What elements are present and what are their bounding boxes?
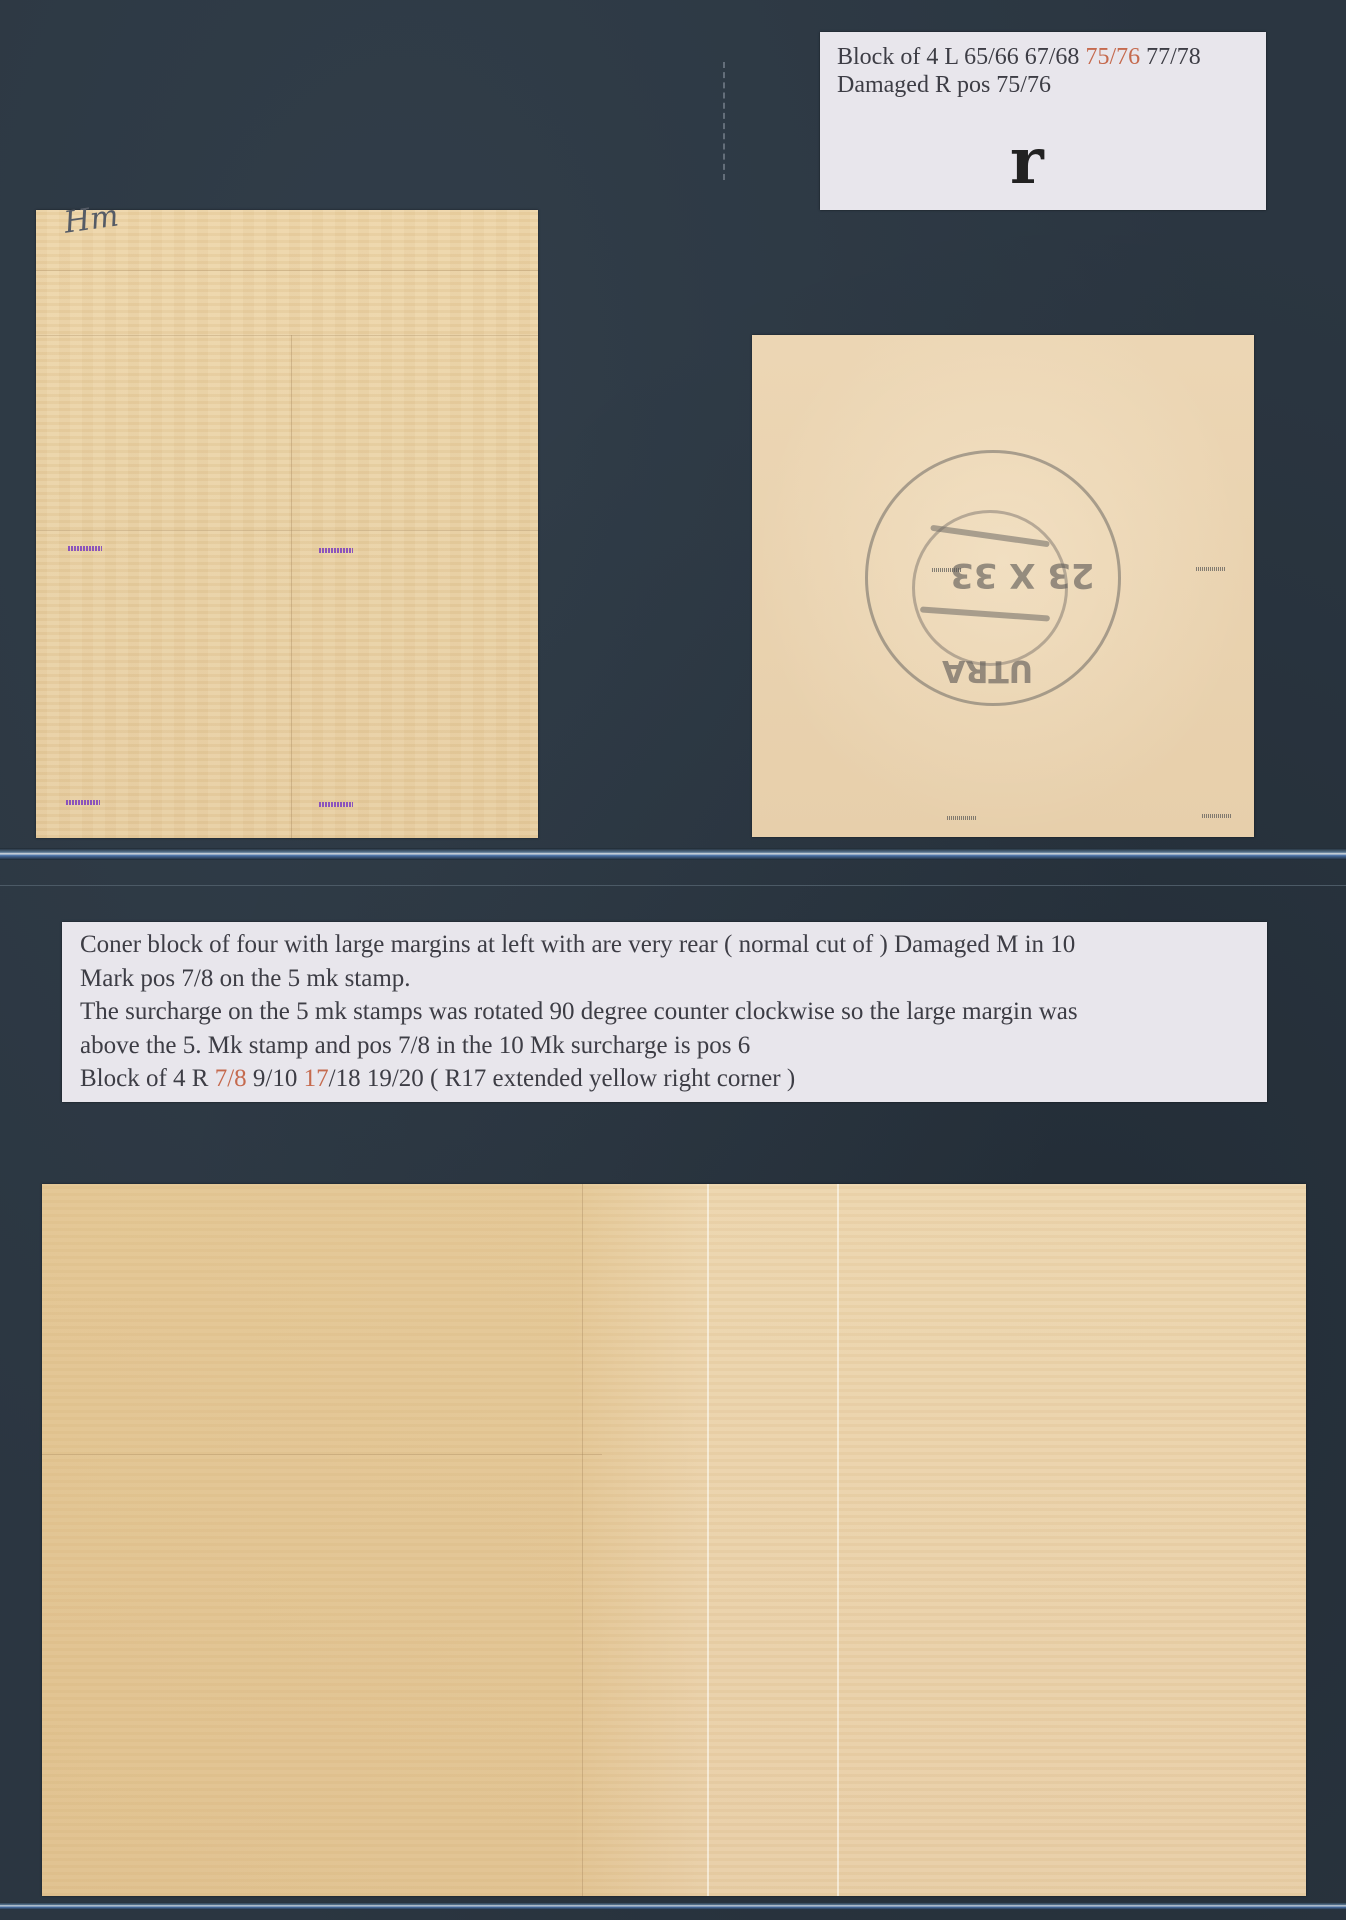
top-label-line-1: Block of 4 L 65/66 67/68 75/76 77/78: [837, 44, 1283, 70]
stock-strip-divider: [0, 848, 1346, 860]
top-description-label: Block of 4 L 65/66 67/68 75/76 77/78 Dam…: [820, 32, 1266, 210]
top-label-line-2: Damaged R pos 75/76: [837, 72, 1283, 98]
margin-fold-line: [837, 1184, 839, 1896]
margin-line: [36, 270, 538, 271]
stock-strip-line: [0, 885, 1346, 886]
handstamp-mark: [319, 548, 353, 553]
pencil-annotation: Hm: [62, 198, 121, 240]
pencil-dash-mark: [723, 62, 737, 180]
margin-fold-line: [707, 1184, 709, 1896]
middle-label-line-4: above the 5. Mk stamp and pos 7/8 in the…: [80, 1029, 1078, 1063]
perforation-gutter: [36, 335, 538, 336]
middle-label-line-2: Mark pos 7/8 on the 5 mk stamp.: [80, 962, 1078, 996]
handstamp-mark: [66, 800, 100, 805]
control-mark: [947, 816, 977, 820]
highlighted-position: 75/76: [1085, 44, 1140, 70]
postmark-town: UTRA: [942, 653, 1033, 688]
stamp-block-bottom-corner: [42, 1184, 1306, 1896]
highlighted-position: 7/8: [215, 1065, 247, 1092]
stamp-block-top-right: 23 X 33 UTRA: [752, 335, 1254, 837]
perforation-gutter: [291, 335, 292, 838]
stock-strip-divider: [0, 1902, 1346, 1910]
letter-mark: r: [1010, 124, 1044, 199]
middle-label-line-3: The surcharge on the 5 mk stamps was rot…: [80, 995, 1078, 1029]
middle-label-line-1: Coner block of four with large margins a…: [80, 928, 1078, 962]
middle-label-line-5: Block of 4 R 7/8 9/10 17/18 19/20 ( R17 …: [80, 1062, 1078, 1096]
perforation-gutter: [36, 530, 538, 531]
handstamp-mark: [319, 802, 353, 807]
control-mark: [1202, 814, 1232, 818]
handstamp-mark: [68, 546, 102, 551]
control-mark: [1196, 567, 1226, 571]
postmark-date: 23 X 33: [950, 555, 1095, 595]
perforation-gutter: [42, 1454, 602, 1455]
middle-description-label: Coner block of four with large margins a…: [62, 922, 1267, 1102]
control-mark: [932, 568, 962, 572]
perforation-gutter: [582, 1184, 583, 1896]
stamp-block-top-left: Hm: [36, 210, 538, 838]
highlighted-position: 17: [304, 1065, 329, 1092]
